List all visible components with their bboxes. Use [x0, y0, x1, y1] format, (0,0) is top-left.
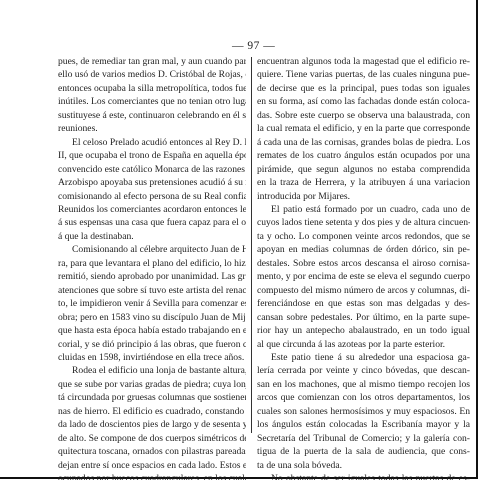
- text-line: El celoso Prelado acudió entonces al Rey…: [58, 136, 246, 149]
- text-line: ta de una sola bóveda.: [257, 459, 470, 472]
- text-line: de decirse que es la principal, pues tod…: [257, 82, 470, 95]
- page-number: — 97 —: [232, 40, 275, 52]
- text-line: apoyan en medias columnas de órden dóric…: [257, 243, 470, 256]
- text-line: to, le impidieron venir á Sevilla para c…: [58, 297, 246, 310]
- text-line: á sus espensas una casa que fuera capaz …: [58, 216, 246, 229]
- text-line: Reunidos los comerciantes acordaron ento…: [58, 203, 246, 216]
- text-line: reuniones.: [58, 122, 246, 135]
- text-line: la cual remata el edificio, y en la part…: [257, 122, 470, 135]
- text-line: en su forma, así como las fachadas donde…: [257, 95, 470, 108]
- text-line: atenciones que sobre sí tuvo este artist…: [58, 284, 246, 297]
- text-line: Arzobispo apoyaba sus pretensiones acudi…: [58, 176, 246, 189]
- text-line: entonces ocupaba la silla metropolítica,…: [58, 82, 246, 95]
- text-line: nas de hierro. El edificio es cuadrado, …: [58, 405, 246, 418]
- text-line: quiere. Tiene varias puertas, de las cua…: [257, 68, 470, 81]
- text-line: compuesto del mismo número de arcos y co…: [257, 284, 470, 297]
- text-line: comisionando al efecto persona de su Rea…: [58, 190, 246, 203]
- text-line: ta y ocho. Lo componen veinte arcos redo…: [257, 230, 470, 243]
- text-line: remitió, siendo aprobado por unanimidad.…: [58, 270, 246, 283]
- text-line: pirámide, que segun algunos no estaba co…: [257, 163, 470, 176]
- text-line: al que circunda á las azoteas por la par…: [257, 338, 470, 351]
- text-line: lería cerrada por veinte y cinco bóvedas…: [257, 364, 470, 377]
- text-line: convencido este católico Monarca de las …: [58, 163, 246, 176]
- right-text-column: encuentran algunos toda la magestad que …: [257, 55, 470, 480]
- text-line: que se sube por varias gradas de piedra;…: [58, 378, 246, 391]
- text-line: de alto. Se compone de dos cuerpos simét…: [58, 432, 246, 445]
- text-line: rior hay un antepecho abalaustrado, en u…: [257, 324, 470, 337]
- text-line: en la traza de Herrera, y la atribuyen á…: [257, 176, 470, 189]
- text-line: cuyos lados tiene setenta y dos pies y d…: [257, 216, 470, 229]
- text-line: á que la destinaban.: [58, 230, 246, 243]
- text-line: cluidas en 1598, invirtiéndose en ella t…: [58, 351, 246, 364]
- text-line: Rodea el edificio una lonja de bastante …: [58, 364, 246, 377]
- text-line: cansan sobre pedestales. Por último, en …: [257, 311, 470, 324]
- text-line: dejan entre sí once espacios en cada lad…: [58, 459, 246, 472]
- text-line: das. Sobre este cuerpo se observa una ba…: [257, 109, 470, 122]
- text-line: destales. Sobre estos arcos descansa el …: [257, 257, 470, 270]
- text-line: inútiles. Los comerciantes que no tenian…: [58, 95, 246, 108]
- text-line: los ángulos están colocadas la Escribaní…: [257, 418, 470, 431]
- column-divider: [251, 57, 252, 433]
- text-line: da lado de doscientos pies de largo y de…: [58, 418, 246, 431]
- text-line: El patio está formado por un cuadro, cad…: [257, 203, 470, 216]
- text-line: san en los machones, que al mismo tiempo…: [257, 378, 470, 391]
- text-line: tigua de la puerta de la sala de audienc…: [257, 445, 470, 458]
- text-line: sustituyese á este, continuaron celebran…: [58, 109, 246, 122]
- text-line: á cada una de las cornisas, grandes bola…: [257, 136, 470, 149]
- text-line: pues, de remediar tan gran mal, y aun cu…: [58, 55, 246, 68]
- text-line: encuentran algunos toda la magestad que …: [257, 55, 470, 68]
- text-line: ferenciándose en que estas son mas delga…: [257, 297, 470, 310]
- text-line: obra; pero en 1583 vino su discípulo Jua…: [58, 311, 246, 324]
- text-line: ello usó de varios medios D. Cristóbal d…: [58, 68, 246, 81]
- text-line: ra, para que levantara el plano del edif…: [58, 257, 246, 270]
- text-line: tá circundada por gruesas columnas que s…: [58, 391, 246, 404]
- text-line: arcos que comienzan con los otros depart…: [257, 391, 470, 404]
- text-line: remates de los cuatro ángulos están ocup…: [257, 149, 470, 162]
- document-page: — 97 — pues, de remediar tan gran mal, y…: [0, 0, 478, 479]
- text-line: mento, y por encima de este se eleva el …: [257, 270, 470, 283]
- text-line: corial, y se dió principio á las obras, …: [58, 338, 246, 351]
- text-line: quitectura toscana, ornados con pilastra…: [58, 445, 246, 458]
- text-line: que hasta esta época había estado trabaj…: [58, 324, 246, 337]
- text-line: ocupados por huecos cuadrangulares, en l…: [58, 472, 246, 480]
- left-text-column: pues, de remediar tan gran mal, y aun cu…: [58, 55, 246, 480]
- text-line: cuales son salones hermosísimos y muy es…: [257, 405, 470, 418]
- text-line: Comisionando al célebre arquitecto Juan …: [58, 243, 246, 256]
- text-line: II, que ocupaba el trono de España en aq…: [58, 149, 246, 162]
- text-line: No obstante de ser iguales todas las pue…: [257, 472, 470, 480]
- text-line: Secretaría del Tribunal de Comercio; y l…: [257, 432, 470, 445]
- text-line: introducida por Mijares.: [257, 190, 470, 203]
- text-line: Este patio tiene á su alrededor una espa…: [257, 351, 470, 364]
